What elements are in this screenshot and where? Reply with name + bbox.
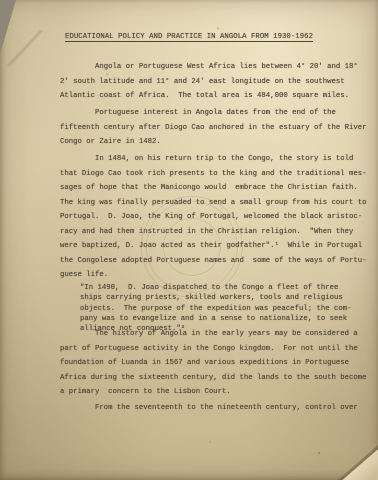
paper-crease — [0, 25, 51, 71]
document-page: EDUCATIONAL POLICY AND PRACTICE IN ANGOL… — [0, 0, 378, 480]
paper-stain — [106, 73, 108, 75]
paragraph-1: Angola or Portuguese West Africa lies be… — [60, 60, 374, 104]
paragraph-5: From the seventeenth to the nineteenth c… — [60, 401, 374, 416]
paragraph-2: Portuguese interest in Angola dates from… — [60, 106, 374, 150]
paper-stain — [209, 441, 211, 443]
paragraph-3: In 1484, on his return trip to the Congo… — [60, 152, 374, 283]
stray-typed-mark: ° — [216, 27, 220, 34]
document-title: EDUCATIONAL POLICY AND PRACTICE IN ANGOL… — [0, 33, 378, 41]
paragraph-4: The history of Angola in the early years… — [60, 327, 374, 400]
paper-stain — [318, 452, 320, 454]
